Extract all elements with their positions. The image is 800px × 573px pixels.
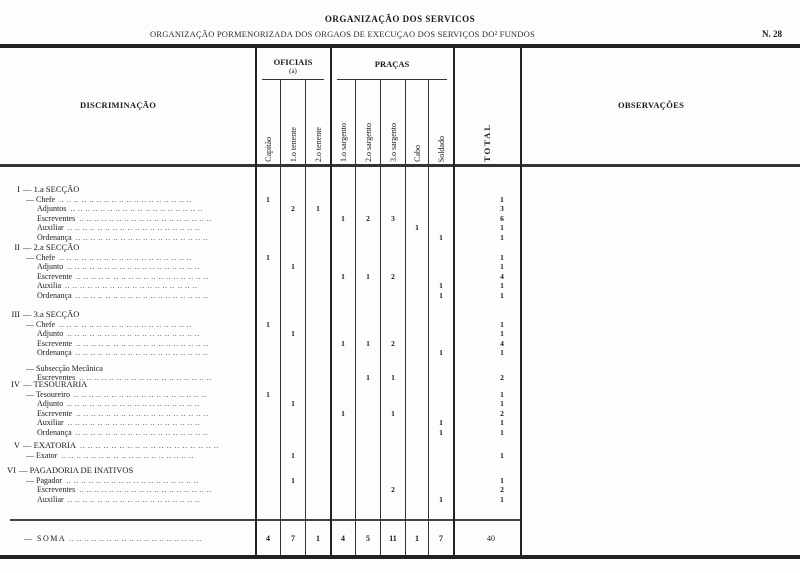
table-row: Adjuntos.. .. .. .. .. .. .. .. .. .. ..… (0, 204, 800, 214)
soma-2-tenente: 1 (308, 533, 328, 545)
table-row: Escreventes.. .. .. .. .. .. .. .. .. ..… (0, 214, 800, 224)
soma-3-sargento: 11 (383, 533, 403, 545)
row-total: 1 (492, 195, 512, 205)
column-header-discriminacao: DISCRIMINAÇÃO (80, 100, 156, 110)
table-row: — Chefe.. .. .. .. .. .. .. .. .. .. .. … (0, 320, 800, 330)
table-row: Escrevente.. .. .. .. .. .. .. .. .. .. … (0, 339, 800, 349)
row-label: — Tesoureiro.. .. .. .. .. .. .. .. .. .… (26, 390, 250, 400)
cell-value: 1 (333, 272, 353, 282)
section-heading: I— 1.a SECÇÃO (0, 185, 800, 195)
row-label: — Chefe.. .. .. .. .. .. .. .. .. .. .. … (26, 195, 250, 205)
cell-value: 1 (431, 233, 451, 243)
table-row: Auxiliar.. .. .. .. .. .. .. .. .. .. ..… (0, 418, 800, 428)
column-header-soldado: Soldado (429, 80, 453, 162)
section-title: — 1.a SECÇÃO (23, 185, 79, 194)
row-label: Ordenança.. .. .. .. .. .. .. .. .. .. .… (37, 348, 250, 358)
section-title: — 2.a SECÇÃO (23, 243, 79, 252)
table-row: — Chefe.. .. .. .. .. .. .. .. .. .. .. … (0, 195, 800, 205)
group-header-oficiais: OFICIAIS (a) (256, 58, 330, 76)
document-subtitle: ORGANIZAÇÃO PORMENORIZADA DOS ORGAOS DE … (150, 29, 535, 39)
cell-value: 1 (358, 339, 378, 349)
soma-2-sargento: 5 (358, 533, 378, 545)
table-row: Adjunto.. .. .. .. .. .. .. .. .. .. .. … (0, 262, 800, 272)
row-total: 1 (492, 451, 512, 461)
table-row: Auxiliar.. .. .. .. .. .. .. .. .. .. ..… (0, 223, 800, 233)
section-title: — EXATORIA (23, 441, 76, 450)
column-header-total: TOTAL (454, 80, 520, 162)
section-heading: II— 2.a SECÇÃO (0, 243, 800, 253)
section-heading-label: III— 3.a SECÇÃO (4, 310, 79, 320)
table-row: Adjunto.. .. .. .. .. .. .. .. .. .. .. … (0, 329, 800, 339)
section-title: — TESOURARIA (23, 380, 87, 389)
column-header-cabo: Cabo (406, 80, 428, 162)
row-label: Auxiliar.. .. .. .. .. .. .. .. .. .. ..… (37, 418, 250, 428)
row-label: — Chefe.. .. .. .. .. .. .. .. .. .. .. … (26, 320, 250, 330)
row-total: 1 (492, 223, 512, 233)
cell-value: 1 (258, 390, 278, 400)
row-total: 1 (492, 320, 512, 330)
row-label: Auxiliar.. .. .. .. .. .. .. .. .. .. ..… (37, 223, 250, 233)
section-heading-label: I— 1.a SECÇÃO (4, 185, 79, 195)
header-rule (0, 164, 800, 167)
table-row: — Tesoureiro.. .. .. .. .. .. .. .. .. .… (0, 390, 800, 400)
row-total: 1 (492, 281, 512, 291)
section-title: — PAGADORIA DE INATIVOS (19, 466, 133, 475)
section-heading: VI— PAGADORIA DE INATIVOS (0, 466, 800, 476)
row-total: 1 (492, 476, 512, 486)
row-total: 4 (492, 272, 512, 282)
cell-value: 1 (283, 451, 303, 461)
section-heading-label: VI— PAGADORIA DE INATIVOS (0, 466, 133, 476)
soma-1-sargento: 4 (333, 533, 353, 545)
row-total: 3 (492, 204, 512, 214)
cell-value: 1 (333, 214, 353, 224)
section-heading: IV— TESOURARIA (0, 380, 800, 390)
row-label: — Subsecção Mecânica (26, 364, 250, 374)
section-numeral: I (4, 185, 20, 195)
column-header-3-sargento: 3.o sargento (381, 80, 405, 162)
cell-value: 1 (431, 281, 451, 291)
column-header-2-sargento: 2.o sargento (356, 80, 380, 162)
section-heading-label: V— EXATORIA.. .. .. .. .. .. .. .. .. ..… (4, 441, 254, 451)
row-total: 1 (492, 329, 512, 339)
cell-value: 2 (383, 272, 403, 282)
table-row: Escrevente.. .. .. .. .. .. .. .. .. .. … (0, 272, 800, 282)
section-heading: V— EXATORIA.. .. .. .. .. .. .. .. .. ..… (0, 441, 800, 451)
document-title: ORGANIZAÇÃO DOS SERVICOS (0, 14, 800, 24)
table-row: Adjunto.. .. .. .. .. .. .. .. .. .. .. … (0, 399, 800, 409)
column-header-capitao: Capitão (256, 80, 280, 162)
table-row: — Exator.. .. .. .. .. .. .. .. .. .. ..… (0, 451, 800, 461)
cell-value: 1 (283, 329, 303, 339)
row-total: 6 (492, 214, 512, 224)
section-numeral: III (4, 310, 20, 320)
row-total: 1 (492, 262, 512, 272)
column-header-1-sargento: 1.o sargento (331, 80, 355, 162)
cell-value: 1 (333, 339, 353, 349)
row-total: 1 (492, 233, 512, 243)
row-label: Auxilia.. .. .. .. .. .. .. .. .. .. .. … (37, 281, 250, 291)
section-heading-label: II— 2.a SECÇÃO (4, 243, 79, 253)
cell-value: 3 (383, 214, 403, 224)
cell-value: 1 (283, 399, 303, 409)
row-label: Ordenança.. .. .. .. .. .. .. .. .. .. .… (37, 233, 250, 243)
column-header-2-tenente: 2.o tenente (306, 80, 330, 162)
sum-rule (10, 519, 520, 521)
column-header-observacoes: OBSERVAÇÕES (618, 100, 684, 110)
row-label: Adjunto.. .. .. .. .. .. .. .. .. .. .. … (37, 262, 250, 272)
row-label: Adjunto.. .. .. .. .. .. .. .. .. .. .. … (37, 329, 250, 339)
bottom-rule (0, 555, 800, 559)
row-label: — Exator.. .. .. .. .. .. .. .. .. .. ..… (26, 451, 250, 461)
cell-value: 1 (333, 409, 353, 419)
group-oficiais-note: (a) (256, 67, 330, 76)
table-row: Ordenança.. .. .. .. .. .. .. .. .. .. .… (0, 233, 800, 243)
cell-value: 1 (258, 253, 278, 263)
cell-value: 1 (258, 195, 278, 205)
cell-value: 2 (383, 339, 403, 349)
row-total: 1 (492, 348, 512, 358)
row-label: Escrevente.. .. .. .. .. .. .. .. .. .. … (37, 339, 250, 349)
cell-value: 2 (383, 485, 403, 495)
table-row: Escrevente.. .. .. .. .. .. .. .. .. .. … (0, 409, 800, 419)
column-header-1-tenente: 1.o tenente (281, 80, 305, 162)
row-total: 1 (492, 418, 512, 428)
cell-value: 1 (358, 272, 378, 282)
row-total: 2 (492, 409, 512, 419)
cell-value: 1 (407, 223, 427, 233)
soma-total: 40 (476, 533, 506, 545)
row-total: 1 (492, 495, 512, 505)
group-header-pracas: PRAÇAS (331, 60, 453, 69)
cell-value: 1 (431, 418, 451, 428)
row-total: 1 (492, 390, 512, 400)
table-row: Ordenança.. .. .. .. .. .. .. .. .. .. .… (0, 428, 800, 438)
row-total: 4 (492, 339, 512, 349)
table-row: Ordenança.. .. .. .. .. .. .. .. .. .. .… (0, 291, 800, 301)
cell-value: 1 (431, 291, 451, 301)
table-row: Escreventes.. .. .. .. .. .. .. .. .. ..… (0, 485, 800, 495)
cell-value: 1 (431, 428, 451, 438)
top-rule (0, 44, 800, 48)
section-title: — 3.a SECÇÃO (23, 310, 79, 319)
row-label: Escrevente.. .. .. .. .. .. .. .. .. .. … (37, 409, 250, 419)
row-label: Escreventes.. .. .. .. .. .. .. .. .. ..… (37, 214, 250, 224)
row-label: Auxiliar.. .. .. .. .. .. .. .. .. .. ..… (37, 495, 250, 505)
table-row: — Chefe.. .. .. .. .. .. .. .. .. .. .. … (0, 253, 800, 263)
cell-value: 1 (283, 476, 303, 486)
cell-value: 1 (283, 262, 303, 272)
cell-value: 1 (431, 348, 451, 358)
cell-value: 1 (258, 320, 278, 330)
cell-value: 1 (308, 204, 328, 214)
section-numeral: II (4, 243, 20, 253)
table-row: — Subsecção Mecânica (0, 364, 800, 374)
cell-value: 1 (383, 409, 403, 419)
row-total: 1 (492, 291, 512, 301)
table-row: Auxiliar.. .. .. .. .. .. .. .. .. .. ..… (0, 495, 800, 505)
cell-value: 2 (283, 204, 303, 214)
table-row: Ordenança.. .. .. .. .. .. .. .. .. .. .… (0, 348, 800, 358)
row-label: Escrevente.. .. .. .. .. .. .. .. .. .. … (37, 272, 250, 282)
soma-cabo: 1 (407, 533, 427, 545)
row-label: Ordenança.. .. .. .. .. .. .. .. .. .. .… (37, 291, 250, 301)
row-label: Adjuntos.. .. .. .. .. .. .. .. .. .. ..… (37, 204, 250, 214)
row-label: — Chefe.. .. .. .. .. .. .. .. .. .. .. … (26, 253, 250, 263)
section-numeral: IV (4, 380, 20, 390)
row-label: — Pagador.. .. .. .. .. .. .. .. .. .. .… (26, 476, 250, 486)
row-total: 1 (492, 253, 512, 263)
row-label: Escreventes.. .. .. .. .. .. .. .. .. ..… (37, 485, 250, 495)
row-total: 2 (492, 485, 512, 495)
group-oficiais-label: OFICIAIS (274, 57, 313, 67)
section-numeral: VI (0, 466, 16, 476)
soma-soldado: 7 (431, 533, 451, 545)
cell-value: 2 (358, 214, 378, 224)
cell-value: 1 (431, 495, 451, 505)
page-number: N. 28 (762, 29, 782, 39)
row-label: Ordenança.. .. .. .. .. .. .. .. .. .. .… (37, 428, 250, 438)
section-heading-label: IV— TESOURARIA (4, 380, 87, 390)
soma-row: — SOMA .. .. .. .. .. .. .. .. .. .. .. … (0, 533, 800, 545)
soma-label: — SOMA .. .. .. .. .. .. .. .. .. .. .. … (24, 533, 202, 545)
section-heading: III— 3.a SECÇÃO (0, 310, 800, 320)
row-total: 1 (492, 399, 512, 409)
table-row: — Pagador.. .. .. .. .. .. .. .. .. .. .… (0, 476, 800, 486)
row-label: Adjunto.. .. .. .. .. .. .. .. .. .. .. … (37, 399, 250, 409)
soma-capitao: 4 (258, 533, 278, 545)
soma-1-tenente: 7 (283, 533, 303, 545)
row-total: 1 (492, 428, 512, 438)
table-row: Auxilia.. .. .. .. .. .. .. .. .. .. .. … (0, 281, 800, 291)
section-numeral: V (4, 441, 20, 451)
